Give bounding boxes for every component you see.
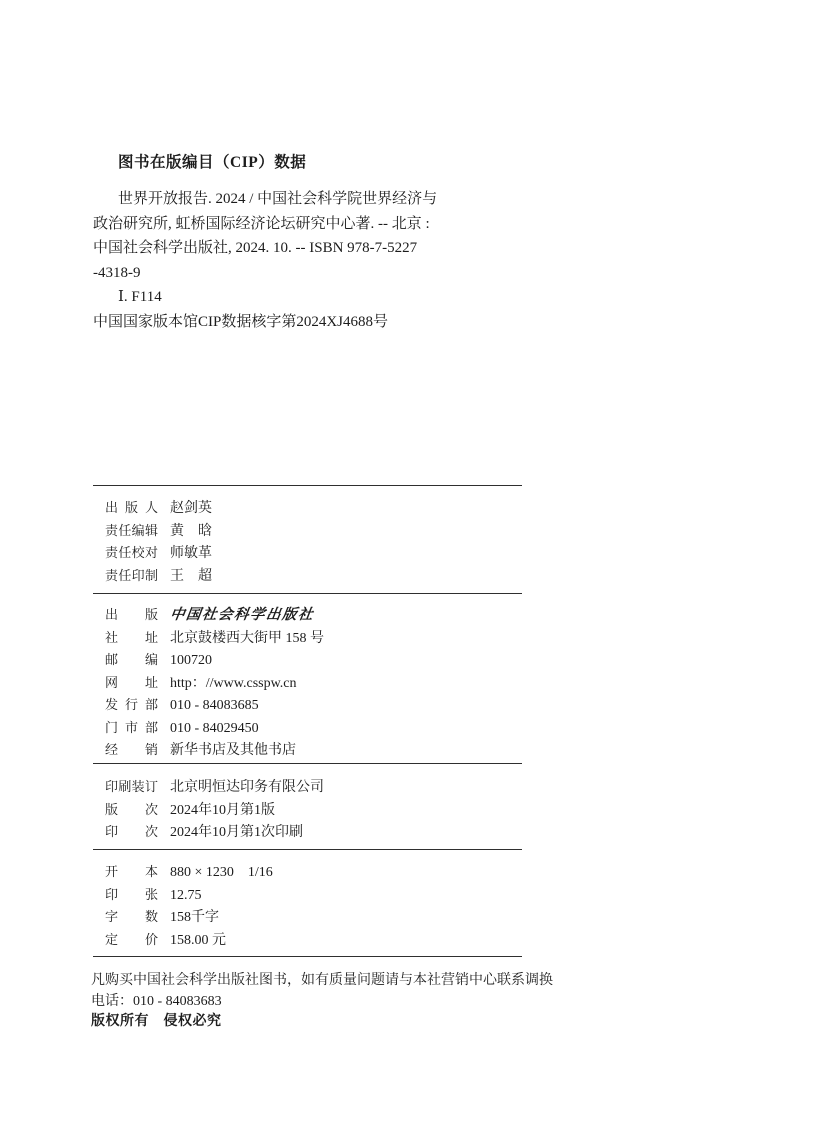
- field-label: 开本: [105, 861, 158, 883]
- row-retail-dept: 门市部 010 - 84029450: [93, 717, 522, 740]
- field-label: 责任印制: [105, 565, 158, 587]
- field-label: 版次: [105, 799, 158, 821]
- field-label: 经销: [105, 739, 158, 761]
- field-label: 网址: [105, 672, 158, 694]
- field-label: 社址: [105, 627, 158, 649]
- field-value: 158.00 元: [170, 930, 226, 952]
- field-label: 字数: [105, 906, 158, 928]
- row-publisher-person: 出版人 赵剑英: [93, 497, 522, 520]
- website-url: http：//www.csspw.cn: [170, 673, 297, 695]
- field-value: 新华书店及其他书店: [170, 740, 296, 762]
- field-value: 158千字: [170, 907, 219, 929]
- copyright-notice: 版权所有 侵权必究: [91, 1012, 771, 1033]
- field-value: 师敏革: [170, 543, 212, 565]
- field-label: 出版人: [105, 497, 158, 519]
- row-sheets: 印张 12.75: [93, 884, 522, 907]
- field-value: 2024年10月第1版: [170, 800, 275, 822]
- field-value: 12.75: [170, 885, 202, 907]
- field-label: 定价: [105, 929, 158, 951]
- field-label: 印张: [105, 884, 158, 906]
- printing-section: 印刷装订 北京明恒达印务有限公司 版次 2024年10月第1版 印次 2024年…: [93, 763, 522, 849]
- quality-notice: 凡购买中国社会科学出版社图书，如有质量问题请与本社营销中心联系调换: [91, 971, 771, 992]
- cip-line-authors: 政治研究所, 虹桥国际经济论坛研究中心著. -- 北京 :: [93, 212, 553, 237]
- footer-notices: 凡购买中国社会科学出版社图书，如有质量问题请与本社营销中心联系调换 电话：010…: [91, 971, 771, 1033]
- cip-line-isbn-continued: -4318-9: [93, 261, 553, 286]
- row-printer: 印刷装订 北京明恒达印务有限公司: [93, 776, 522, 799]
- field-value: 100720: [170, 650, 212, 672]
- format-section: 开本 880 × 1230 1/16 印张 12.75 字数 158千字 定价 …: [93, 849, 522, 957]
- field-label: 印次: [105, 821, 158, 843]
- field-label: 责任校对: [105, 542, 158, 564]
- field-label: 印刷装订: [105, 776, 158, 798]
- cip-title: 图书在版编目（CIP）数据: [118, 152, 553, 174]
- field-label: 责任编辑: [105, 520, 158, 542]
- row-distribution-dept: 发行部 010 - 84083685: [93, 694, 522, 717]
- publisher-logotype: 中国社会科学出版社: [168, 605, 315, 627]
- row-proofreader: 责任校对 师敏革: [93, 542, 522, 565]
- field-value: 黄 晗: [170, 521, 212, 543]
- row-postcode: 邮编 100720: [93, 649, 522, 672]
- field-label: 发行部: [105, 694, 158, 716]
- cip-line-classification: Ⅰ. F114: [93, 285, 553, 310]
- field-label: 门市部: [105, 717, 158, 739]
- row-publisher: 出版 中国社会科学出版社: [93, 604, 522, 627]
- row-format: 开本 880 × 1230 1/16: [93, 861, 522, 884]
- row-edition: 版次 2024年10月第1版: [93, 799, 522, 822]
- row-website: 网址 http：//www.csspw.cn: [93, 672, 522, 695]
- field-value: 2024年10月第1次印刷: [170, 822, 303, 844]
- cip-line-title-statement: 世界开放报告. 2024 / 中国社会科学院世界经济与: [93, 187, 553, 212]
- service-phone: 电话：010 - 84083683: [91, 992, 771, 1013]
- row-address: 社址 北京鼓楼西大街甲 158 号: [93, 627, 522, 650]
- colophon-table: 出版人 赵剑英 责任编辑 黄 晗 责任校对 师敏革 责任印制 王 超 出版 中国…: [93, 485, 522, 957]
- row-printing-supervisor: 责任印制 王 超: [93, 565, 522, 588]
- cip-block: 图书在版编目（CIP）数据 世界开放报告. 2024 / 中国社会科学院世界经济…: [93, 152, 553, 335]
- cip-paragraph: 世界开放报告. 2024 / 中国社会科学院世界经济与 政治研究所, 虹桥国际经…: [93, 187, 553, 335]
- field-value: 赵剑英: [170, 498, 212, 520]
- field-value: 北京明恒达印务有限公司: [170, 777, 324, 799]
- publisher-section: 出版 中国社会科学出版社 社址 北京鼓楼西大街甲 158 号 邮编 100720…: [93, 593, 522, 763]
- field-value: 880 × 1230 1/16: [170, 862, 273, 884]
- row-editor: 责任编辑 黄 晗: [93, 520, 522, 543]
- field-label: 邮编: [105, 649, 158, 671]
- row-distributor: 经销 新华书店及其他书店: [93, 739, 522, 762]
- field-value: 010 - 84083685: [170, 695, 259, 717]
- cip-line-record-number: 中国国家版本馆CIP数据核字第2024XJ4688号: [93, 310, 553, 335]
- row-impression: 印次 2024年10月第1次印刷: [93, 821, 522, 844]
- staff-section: 出版人 赵剑英 责任编辑 黄 晗 责任校对 师敏革 责任印制 王 超: [93, 485, 522, 593]
- row-word-count: 字数 158千字: [93, 906, 522, 929]
- book-copyright-page: 图书在版编目（CIP）数据 世界开放报告. 2024 / 中国社会科学院世界经济…: [0, 0, 833, 1122]
- field-value: 010 - 84029450: [170, 718, 259, 740]
- field-value: 北京鼓楼西大街甲 158 号: [170, 628, 324, 650]
- cip-line-publisher-isbn: 中国社会科学出版社, 2024. 10. -- ISBN 978-7-5227: [93, 236, 553, 261]
- row-price: 定价 158.00 元: [93, 929, 522, 952]
- field-label: 出版: [105, 604, 158, 626]
- field-value: 王 超: [170, 566, 212, 588]
